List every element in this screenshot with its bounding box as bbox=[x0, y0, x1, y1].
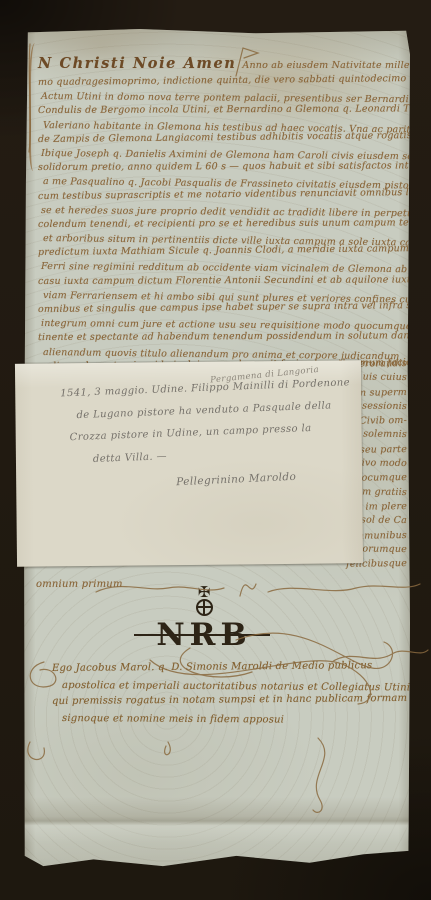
manuscript-body: mo quadragesimoprimo, indictione quinta,… bbox=[38, 76, 410, 374]
subscription-line: qui premissis rogatus in notam sumpsi et… bbox=[52, 691, 412, 711]
orb-icon bbox=[196, 599, 213, 616]
archivist-note: Pergamena di Langoria 1541, 3 maggio. Ud… bbox=[15, 360, 363, 567]
manuscript-line: tinente et spectante ad habendum tenendu… bbox=[38, 330, 410, 346]
note-text: 1541, 3 maggio. Udine. Filippo Mainilli … bbox=[60, 380, 351, 471]
manuscript-line: solidorum pretio, anno quidem L 60 s — q… bbox=[38, 160, 410, 176]
cross-icon: ✠ bbox=[142, 585, 266, 599]
notary-initials: NRB bbox=[142, 618, 266, 652]
manuscript-line: casu iuxta campum dictum Florentie Anton… bbox=[38, 273, 410, 289]
notarial-subscription: Ego Jacobus Marol. q. D. Simonis Maroldi… bbox=[52, 661, 412, 727]
notarial-mark: ✠ NRB bbox=[142, 585, 266, 652]
manuscript-line: omnibus et singulis que campus ipse habe… bbox=[38, 299, 410, 317]
invocation-continuation: Anno ab eiusdem Nativitate mille quingen… bbox=[242, 60, 431, 71]
omnium-line: omnium primum bbox=[36, 579, 123, 590]
fold-crease bbox=[24, 797, 410, 843]
manuscript-line: Condulis de Bergomo incola Utini, et Ber… bbox=[38, 103, 410, 119]
subscription-line: signoque et nomine meis in fidem apposui bbox=[62, 711, 412, 730]
subscription-line: Ego Jacobus Marol. q. D. Simonis Maroldi… bbox=[52, 658, 412, 678]
manuscript-line: de Zampis de Glemona Langiacomi testibus… bbox=[38, 129, 410, 147]
invocation-line: N Christi Noie Amen Anno ab eiusdem Nati… bbox=[38, 55, 431, 72]
note-signature: Pellegrinino Maroldo bbox=[176, 471, 297, 488]
photograph-of-manuscript: { "colors": { "mat_background": "#241c13… bbox=[0, 0, 431, 900]
manuscript-line: predictum iuxta Mathiam Sicule q. Joanni… bbox=[38, 242, 410, 260]
manuscript-line: colendum tenendi, et recipienti pro se e… bbox=[38, 216, 410, 232]
invocation-heading: N Christi Noie Amen bbox=[38, 55, 236, 72]
manuscript-line: mo quadragesimoprimo, indictione quinta,… bbox=[38, 72, 410, 90]
